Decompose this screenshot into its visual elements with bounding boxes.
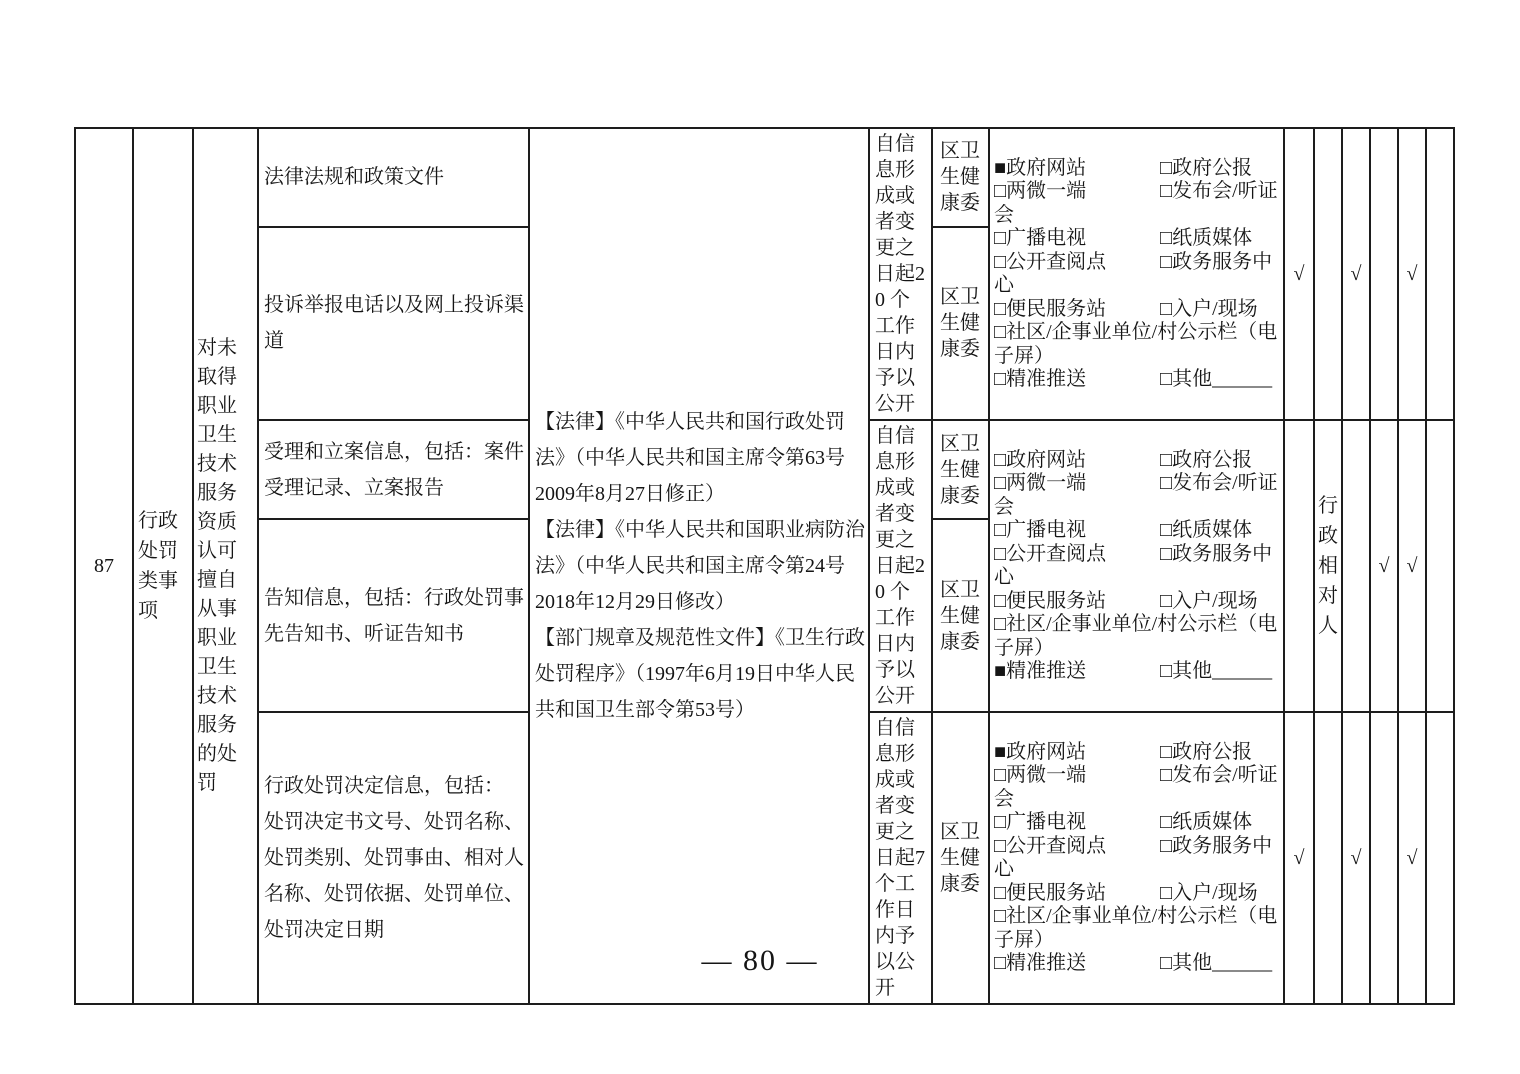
- checkbox-icon: □: [994, 905, 1006, 927]
- channel-label: 政府公报: [1172, 157, 1252, 179]
- legal-basis-entry: 【法律】《中华人民共和国职业病防治法》（中华人民共和国主席令第24号 2018年…: [535, 512, 866, 620]
- legal-basis-cell: 【法律】《中华人民共和国行政处罚法》（中华人民共和国主席令第63号 2009年8…: [529, 128, 869, 1004]
- checkbox-icon: □: [994, 811, 1006, 833]
- channels-cell: ■政府网站□政府公报 □两微一端□发布会/听证会 □广播电视□纸质媒体 □公开查…: [989, 128, 1284, 420]
- channel-label: 便民服务站: [1006, 882, 1106, 904]
- checkbox-icon: □: [1160, 298, 1172, 320]
- publication-channels: □政府网站□政府公报 □两微一端□发布会/听证会 □广播电视□纸质媒体 □公开查…: [994, 449, 1281, 684]
- mark-cell: [1426, 420, 1454, 712]
- checkbox-icon: ■: [994, 741, 1006, 763]
- channel-label: 便民服务站: [1006, 298, 1106, 320]
- mark-cell: √: [1398, 128, 1426, 420]
- checkbox-icon: □: [1160, 811, 1172, 833]
- mark-cell: √: [1284, 128, 1314, 420]
- checkbox-icon: □: [994, 882, 1006, 904]
- mark-cell: [1342, 420, 1370, 712]
- checkbox-icon: □: [994, 613, 1006, 635]
- channel-label: 入户/现场: [1172, 298, 1258, 320]
- checkbox-icon: ■: [994, 157, 1006, 179]
- agency-cell: 区卫生健康委: [932, 128, 989, 227]
- channel-label: 政府公报: [1172, 449, 1252, 471]
- checkbox-icon: □: [994, 472, 1006, 494]
- checkbox-icon: □: [1160, 368, 1172, 390]
- channel-label: 广播电视: [1006, 519, 1086, 541]
- table-row: 87 行政处罚类事项 对未取得职业卫生技术服务资质认可擅自从事职业卫生技术服务的…: [75, 128, 1454, 227]
- mark-cell: √: [1370, 420, 1398, 712]
- channel-label: 入户/现场: [1172, 590, 1258, 612]
- agency-cell: 区卫生健康委: [932, 420, 989, 519]
- channel-label: 两微一端: [1006, 764, 1086, 786]
- legal-basis-entry: 【部门规章及规范性文件】《卫生行政处罚程序》（1997年6月19日中华人民共和国…: [535, 620, 866, 728]
- checkbox-icon: □: [1160, 251, 1172, 273]
- checkbox-icon: □: [1160, 449, 1172, 471]
- publication-channels: ■政府网站□政府公报 □两微一端□发布会/听证会 □广播电视□纸质媒体 □公开查…: [994, 157, 1281, 392]
- checkbox-icon: □: [1160, 519, 1172, 541]
- checkbox-icon: □: [1160, 227, 1172, 249]
- channel-label: 社区/企事业单位/村公示栏（电子屏）: [994, 321, 1277, 367]
- mark-cell: [1314, 128, 1342, 420]
- document-page: 87 行政处罚类事项 对未取得职业卫生技术服务资质认可擅自从事职业卫生技术服务的…: [0, 0, 1520, 1074]
- checkbox-icon: □: [1160, 543, 1172, 565]
- channel-label: 公开查阅点: [1006, 251, 1106, 273]
- timing-cell: 自信息形成或者变更之日起20 个工作日内予以公开: [869, 420, 932, 712]
- channel-label: 广播电视: [1006, 227, 1086, 249]
- channel-label: 政府公报: [1172, 741, 1252, 763]
- channel-label: 纸质媒体: [1172, 519, 1252, 541]
- checkbox-icon: □: [1160, 472, 1172, 494]
- mark-cell: [1284, 420, 1314, 712]
- checkbox-icon: □: [994, 180, 1006, 202]
- mark-cell: √: [1342, 128, 1370, 420]
- channel-label: 政府网站: [1006, 157, 1086, 179]
- channel-label: 纸质媒体: [1172, 227, 1252, 249]
- sub-item-cell: 告知信息，包括：行政处罚事先告知书、听证告知书: [258, 519, 529, 712]
- legal-basis-entry: 【法律】《中华人民共和国行政处罚法》（中华人民共和国主席令第63号 2009年8…: [535, 404, 866, 512]
- sub-item-cell: 受理和立案信息，包括：案件受理记录、立案报告: [258, 420, 529, 519]
- checkbox-icon: □: [1160, 590, 1172, 612]
- channel-label: 政府网站: [1006, 741, 1086, 763]
- checkbox-icon: □: [994, 449, 1006, 471]
- row-number: 87: [75, 128, 133, 1004]
- page-number: — 80 —: [0, 944, 1520, 978]
- publication-channels: ■政府网站□政府公报 □两微一端□发布会/听证会 □广播电视□纸质媒体 □公开查…: [994, 741, 1281, 976]
- channel-label: 两微一端: [1006, 472, 1086, 494]
- channel-label: 精准推送: [1006, 660, 1086, 682]
- matter-cell: 对未取得职业卫生技术服务资质认可擅自从事职业卫生技术服务的处罚: [193, 128, 258, 1004]
- channel-label: 社区/企事业单位/村公示栏（电子屏）: [994, 613, 1277, 659]
- agency-cell: 区卫生健康委: [932, 519, 989, 712]
- channel-label: 精准推送: [1006, 368, 1086, 390]
- mark-cell: √: [1398, 420, 1426, 712]
- checkbox-icon: □: [994, 590, 1006, 612]
- checkbox-icon: □: [994, 227, 1006, 249]
- sub-item-cell: 投诉举报电话以及网上投诉渠道: [258, 227, 529, 420]
- checkbox-icon: □: [994, 543, 1006, 565]
- checkbox-icon: □: [1160, 157, 1172, 179]
- channel-label: 纸质媒体: [1172, 811, 1252, 833]
- channel-label: 其他______: [1172, 660, 1272, 682]
- timing-cell: 自信息形成或者变更之日起20 个工作日内予以公开: [869, 128, 932, 420]
- channel-label: 便民服务站: [1006, 590, 1106, 612]
- agency-cell: 区卫生健康委: [932, 227, 989, 420]
- mark-cell: [1426, 128, 1454, 420]
- checkbox-icon: □: [994, 835, 1006, 857]
- category-cell: 行政处罚类事项: [133, 128, 193, 1004]
- channel-label: 其他______: [1172, 368, 1272, 390]
- checkbox-icon: □: [1160, 835, 1172, 857]
- channel-label: 入户/现场: [1172, 882, 1258, 904]
- checkbox-icon: □: [994, 251, 1006, 273]
- channel-label: 公开查阅点: [1006, 835, 1106, 857]
- disclosure-table: 87 行政处罚类事项 对未取得职业卫生技术服务资质认可擅自从事职业卫生技术服务的…: [74, 127, 1455, 1005]
- checkbox-icon: □: [1160, 180, 1172, 202]
- checkbox-icon: □: [1160, 660, 1172, 682]
- channel-label: 公开查阅点: [1006, 543, 1106, 565]
- channels-cell: □政府网站□政府公报 □两微一端□发布会/听证会 □广播电视□纸质媒体 □公开查…: [989, 420, 1284, 712]
- channel-label: 广播电视: [1006, 811, 1086, 833]
- counterpart-cell: 行政相对人: [1314, 420, 1342, 712]
- checkbox-icon: □: [1160, 741, 1172, 763]
- checkbox-icon: □: [994, 368, 1006, 390]
- checkbox-icon: □: [1160, 882, 1172, 904]
- sub-item-cell: 法律法规和政策文件: [258, 128, 529, 227]
- channel-label: 政府网站: [1006, 449, 1086, 471]
- mark-cell: [1370, 128, 1398, 420]
- checkbox-icon: □: [994, 764, 1006, 786]
- channel-label: 两微一端: [1006, 180, 1086, 202]
- checkbox-icon: □: [1160, 764, 1172, 786]
- checkbox-icon: □: [994, 298, 1006, 320]
- checkbox-icon: □: [994, 519, 1006, 541]
- checkbox-icon: □: [994, 321, 1006, 343]
- checkbox-icon: ■: [994, 660, 1006, 682]
